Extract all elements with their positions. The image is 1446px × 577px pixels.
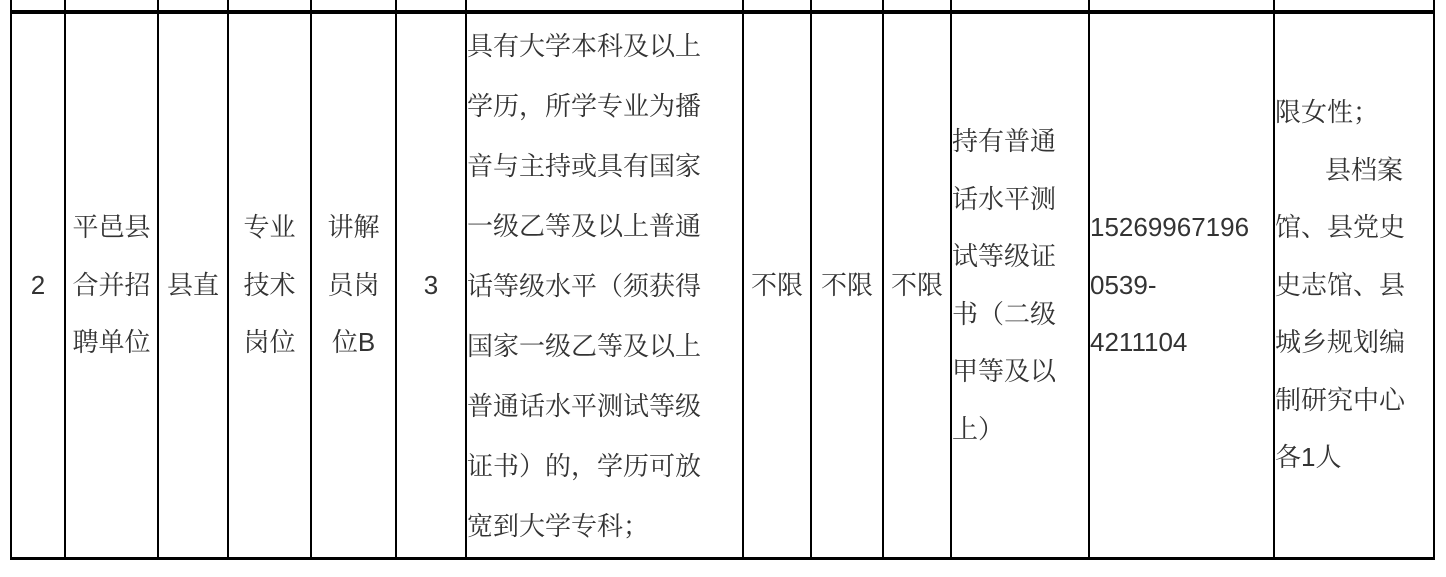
qualification-text: 具有大学本科及以上学历，所学专业为播音与主持或具有国家一级乙等及以上普通话等级水… (467, 16, 742, 556)
cell-post-type: 专业技术岗位 (228, 12, 311, 559)
prev-cell (811, 0, 883, 12)
cell-qualification: 具有大学本科及以上学历，所学专业为播音与主持或具有国家一级乙等及以上普通话等级水… (466, 12, 743, 559)
table-row: 2 平邑县合并招聘单位 县直 专业技术岗位 讲解员岗位B 3 具有大学本科及以上… (11, 12, 1434, 559)
cell-limit-1: 不限 (743, 12, 811, 559)
remark-text: 限女性；县档案馆、县党史史志馆、县城乡规划编制研究中心各1人 (1275, 84, 1433, 487)
prev-cell (883, 0, 951, 12)
prev-cell (11, 0, 65, 12)
post-name-text: 讲解员岗位B (312, 199, 395, 372)
cell-limit-3: 不限 (883, 12, 951, 559)
recruiting-unit-text: 平邑县合并招聘单位 (66, 199, 157, 372)
cell-unit-level: 县直 (158, 12, 228, 559)
prev-cell (466, 0, 743, 12)
prev-cell (396, 0, 466, 12)
post-type-text: 专业技术岗位 (229, 199, 310, 372)
recruitment-table: 2 平邑县合并招聘单位 县直 专业技术岗位 讲解员岗位B 3 具有大学本科及以上… (10, 0, 1435, 560)
recruitment-table-wrap: 2 平邑县合并招聘单位 县直 专业技术岗位 讲解员岗位B 3 具有大学本科及以上… (10, 0, 1435, 560)
cell-recruiting-unit: 平邑县合并招聘单位 (65, 12, 158, 559)
cell-remark: 限女性；县档案馆、县党史史志馆、县城乡规划编制研究中心各1人 (1274, 12, 1434, 559)
cell-certificate-requirement: 持有普通话水平测试等级证书（二级甲等及以上） (951, 12, 1089, 559)
prev-cell (951, 0, 1089, 12)
prev-cell (65, 0, 158, 12)
prev-cell (1089, 0, 1274, 12)
prev-cell (158, 0, 228, 12)
phone-text: 152699671960539-4211104 (1090, 199, 1273, 372)
prev-cell (1274, 0, 1434, 12)
cell-contact-phone: 152699671960539-4211104 (1089, 12, 1274, 559)
cell-sequence-number: 2 (11, 12, 65, 559)
prev-cell (743, 0, 811, 12)
cell-limit-2: 不限 (811, 12, 883, 559)
cell-openings-count: 3 (396, 12, 466, 559)
previous-row-fragment (11, 0, 1434, 12)
certificate-text: 持有普通话水平测试等级证书（二级甲等及以上） (952, 113, 1088, 458)
prev-cell (311, 0, 396, 12)
prev-cell (228, 0, 311, 12)
cell-post-name: 讲解员岗位B (311, 12, 396, 559)
